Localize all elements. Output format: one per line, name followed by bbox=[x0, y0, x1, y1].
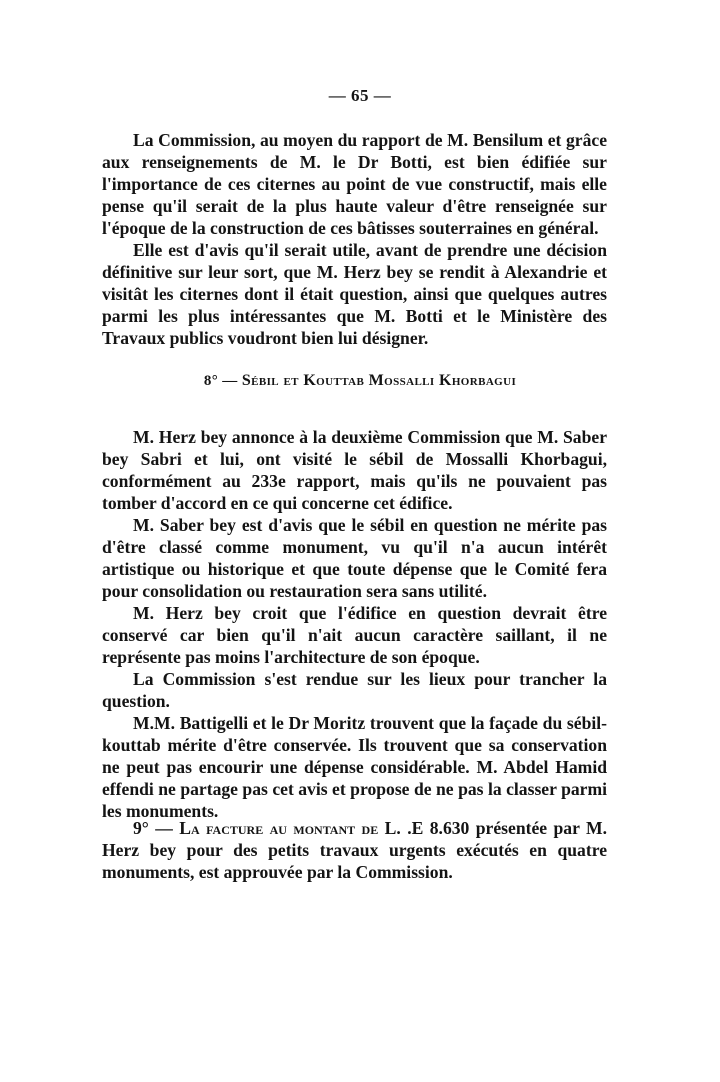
paragraph: 9° — La facture au montant de L. .E 8.63… bbox=[102, 817, 607, 883]
paragraph: La Commission s'est rendue sur les lieux… bbox=[102, 668, 607, 712]
paragraph: M. Saber bey est d'avis que le sébil en … bbox=[102, 514, 607, 602]
section-lead: La facture au montant de bbox=[179, 818, 378, 838]
amount: L. .E 8.630 bbox=[385, 818, 470, 838]
section-number: 9° bbox=[133, 818, 149, 838]
section-8-body: M. Herz bey annonce à la deuxième Commis… bbox=[102, 426, 607, 822]
section-title: Sébil et Kouttab Mossalli Khorbagui bbox=[242, 372, 516, 389]
document-page: — 65 — La Commission, au moyen du rappor… bbox=[0, 0, 720, 1082]
section-heading-8: 8° — Sébil et Kouttab Mossalli Khorbagui bbox=[0, 372, 720, 390]
paragraph: La Commission, au moyen du rapport de M.… bbox=[102, 129, 607, 239]
section-9-body: 9° — La facture au montant de L. .E 8.63… bbox=[102, 817, 607, 883]
intro-section: La Commission, au moyen du rapport de M.… bbox=[102, 129, 607, 349]
dash: — bbox=[222, 373, 237, 389]
paragraph: Elle est d'avis qu'il serait utile, avan… bbox=[102, 239, 607, 349]
paragraph: M.M. Battigelli et le Dr Moritz trouvent… bbox=[102, 712, 607, 822]
paragraph: M. Herz bey croit que l'édifice en quest… bbox=[102, 602, 607, 668]
paragraph: M. Herz bey annonce à la deuxième Commis… bbox=[102, 426, 607, 514]
section-number: 8° bbox=[204, 373, 218, 389]
page-number: — 65 — bbox=[0, 86, 720, 106]
dash: — bbox=[155, 818, 173, 838]
